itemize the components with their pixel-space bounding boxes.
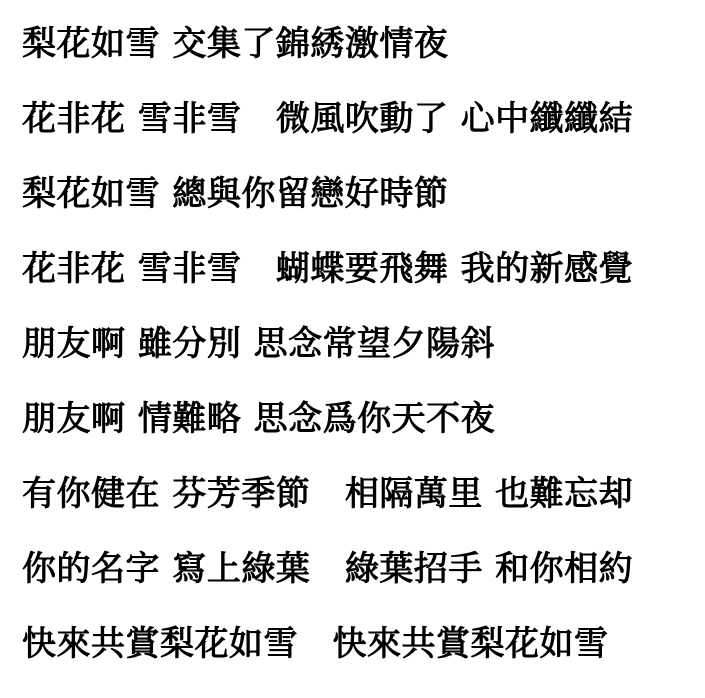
lyric-line-8: 你的名字 寫上綠葉 綠葉招手 和你相約 [22, 532, 695, 607]
lyric-line-3: 梨花如雪 總與你留戀好時節 [22, 157, 695, 232]
lyrics-page: 梨花如雪 交集了錦綉激情夜 花非花 雪非雪 微風吹動了 心中纖纖結 梨花如雪 總… [0, 0, 705, 698]
lyric-line-9: 快來共賞梨花如雪 快來共賞梨花如雪 [22, 607, 695, 682]
lyric-line-4: 花非花 雪非雪 蝴蝶要飛舞 我的新感覺 [22, 232, 695, 307]
lyric-line-7: 有你健在 芬芳季節 相隔萬里 也難忘却 [22, 457, 695, 532]
lyric-line-1: 梨花如雪 交集了錦綉激情夜 [22, 7, 695, 82]
lyric-line-6: 朋友啊 情難略 思念爲你天不夜 [22, 382, 695, 457]
lyric-line-5: 朋友啊 雖分別 思念常望夕陽斜 [22, 307, 695, 382]
lyric-line-2: 花非花 雪非雪 微風吹動了 心中纖纖結 [22, 82, 695, 157]
